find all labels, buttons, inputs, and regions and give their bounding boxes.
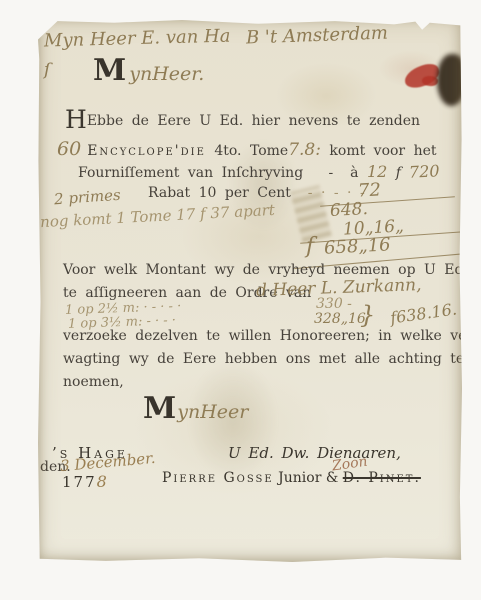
year: 1778 — [62, 472, 109, 491]
dash: - — [329, 165, 334, 181]
assignment-line-4: wagting wy de Eere hebben ons met alle a… — [63, 351, 464, 367]
florin-sign-total: f — [306, 234, 314, 259]
assignment-line-5: noemen, — [63, 374, 124, 390]
body-line-3: Fourniſſement van Inſchryving - à 12 f 7… — [78, 162, 440, 181]
fournissement-text: Fourniſſement van Inſchryving — [78, 165, 303, 181]
marginal-flourish: ſ — [44, 60, 50, 80]
firm-name: Pierre Gosse — [162, 470, 274, 486]
ink-blot — [437, 54, 467, 106]
closing-salutation: MynHeer — [143, 391, 248, 426]
rabat-line: Rabat 10 per Cent - · - · - — [148, 185, 365, 201]
rabat-amount: 72 — [357, 179, 381, 201]
assignment-line-3: verzoeke dezelven te willen Honoreeren; … — [63, 328, 478, 344]
brace: } — [360, 301, 375, 329]
encyclopedie-title: Encyclope'die — [87, 143, 206, 159]
closing-rest: ynHeer — [177, 401, 248, 423]
body-line-2: 60Encyclope'die 4to. Tome7.8: komt voor … — [57, 138, 437, 160]
rabat-text: Rabat 10 per Cent — [148, 185, 291, 201]
drafts-total: f638.16. — [389, 299, 458, 327]
address-city: B 't Amsterdam — [246, 23, 389, 49]
amount-handwritten: 720 — [409, 161, 440, 182]
body-line-2-mid: 4to. Tome — [214, 143, 288, 159]
quantity-handwritten: 60 — [57, 138, 81, 160]
firm-rest: Junior & — [278, 470, 338, 486]
price-handwritten: 12 — [367, 162, 387, 181]
tome-numbers-handwritten: 7.8: — [288, 140, 321, 160]
margin-note: 2 primes — [53, 186, 121, 209]
body-line-1-text: Ebbe de Eere U Ed. hier nevens te zenden — [87, 113, 420, 129]
firm-signature: Pierre Gosse Junior & D. Pinet. — [162, 470, 421, 486]
document-scan: Myn Heer E. van Ha B 't Amsterdam ſ MynH… — [0, 0, 481, 600]
valediction: U Ed. Dw. Dienaaren, — [228, 444, 401, 462]
florin-sign: f — [396, 165, 401, 181]
letter-paper: Myn Heer E. van Ha B 't Amsterdam ſ MynH… — [38, 20, 462, 562]
year-last-digit: 8 — [97, 472, 109, 491]
salutation-rest: ynHeer. — [129, 63, 204, 85]
body-line-1: HEbbe de Eere U Ed. hier nevens te zende… — [65, 113, 420, 129]
body-line-2-end: komt voor het — [329, 143, 436, 159]
address-recipient: Myn Heer E. van Ha — [44, 26, 231, 52]
closing-initial: M — [143, 391, 177, 426]
total-658-16: 658„16 — [323, 234, 391, 258]
dropcap-h: H — [65, 105, 87, 134]
salutation: MynHeer. — [93, 53, 204, 88]
firm-struck-partner: D. Pinet. — [343, 470, 421, 486]
draft-2-amount: 328„16 — [314, 311, 366, 327]
draft-1-amount: 330 - — [316, 296, 352, 312]
salutation-initial: M — [93, 53, 127, 88]
year-printed: 177 — [62, 473, 97, 491]
a-price: à — [350, 165, 358, 181]
